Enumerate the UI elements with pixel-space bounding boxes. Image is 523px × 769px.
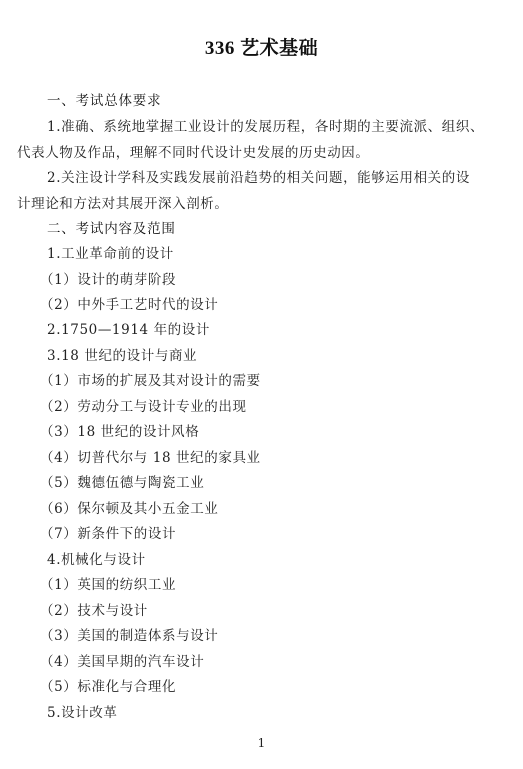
paragraph-line: 计理论和方法对其展开深入剖析。 xyxy=(17,195,229,213)
section-heading-requirements: 一、考试总体要求 xyxy=(47,92,161,110)
topic-item: （7）新条件下的设计 xyxy=(40,525,176,543)
topic-item: （2）技术与设计 xyxy=(40,602,148,620)
topic-heading: 4.机械化与设计 xyxy=(47,551,146,569)
paragraph-line: 1.准确、系统地掌握工业设计的发展历程，各时期的主要流派、组织、 xyxy=(47,118,484,136)
topic-item: （4）美国早期的汽车设计 xyxy=(40,653,204,671)
topic-heading: 3.18 世纪的设计与商业 xyxy=(47,347,197,365)
section-heading-content-scope: 二、考试内容及范围 xyxy=(47,220,176,238)
topic-item: （6）保尔顿及其小五金工业 xyxy=(40,500,218,518)
topic-item: （4）切普代尔与 18 世纪的家具业 xyxy=(40,449,261,467)
page-number: 1 xyxy=(0,736,523,750)
paragraph-line: 代表人物及作品，理解不同时代设计史发展的历史动因。 xyxy=(17,144,370,162)
topic-item: （1）英国的纺织工业 xyxy=(40,576,176,594)
topic-item: （5）魏德伍德与陶瓷工业 xyxy=(40,474,204,492)
topic-heading: 1.工业革命前的设计 xyxy=(47,245,174,263)
topic-heading: 5.设计改革 xyxy=(47,704,117,722)
topic-item: （3）美国的制造体系与设计 xyxy=(40,627,218,645)
topic-item: （1）市场的扩展及其对设计的需要 xyxy=(40,372,261,390)
page-title: 336 艺术基础 xyxy=(0,33,523,60)
topic-item: （5）标准化与合理化 xyxy=(40,678,176,696)
topic-item: （2）劳动分工与设计专业的出现 xyxy=(40,398,247,416)
topic-heading: 2.1750—1914 年的设计 xyxy=(47,321,210,339)
topic-item: （1）设计的萌芽阶段 xyxy=(40,271,176,289)
paragraph-line: 2.关注设计学科及实践发展前沿趋势的相关问题，能够运用相关的设 xyxy=(47,169,470,187)
topic-item: （2）中外手工艺时代的设计 xyxy=(40,296,218,314)
topic-item: （3）18 世纪的设计风格 xyxy=(40,423,199,441)
